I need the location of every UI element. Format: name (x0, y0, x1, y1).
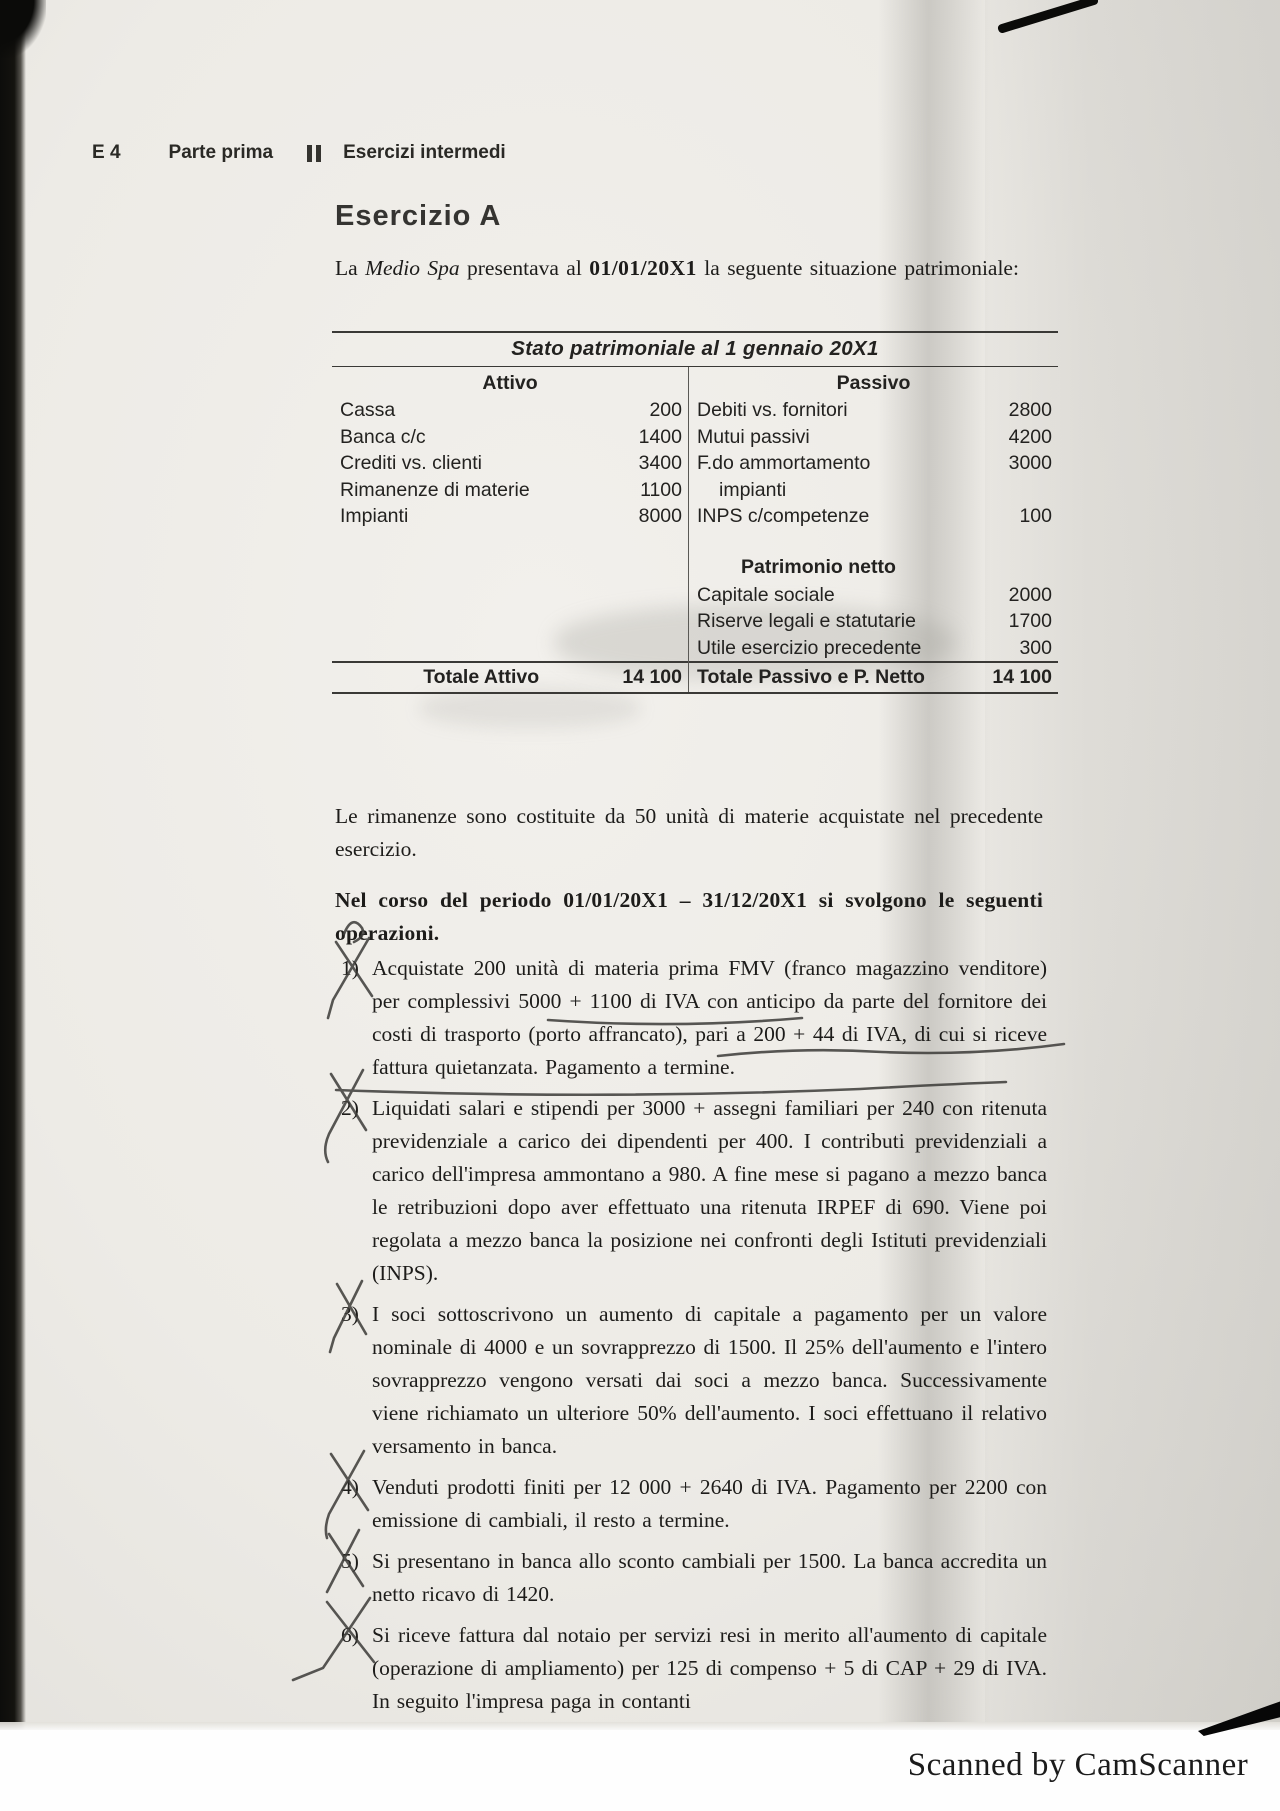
double-bar-icon (307, 145, 321, 162)
table-row: Capitale sociale2000 (689, 582, 1058, 609)
inventory-note: Le rimanenze sono costituite da 50 unità… (335, 800, 1043, 866)
table-row: impianti (689, 477, 1058, 504)
total-liabilities-row: Totale Passivo e P. Netto14 100 (689, 661, 1058, 692)
list-item: 1)Acquistate 200 unità di materia prima … (335, 952, 1047, 1084)
table-row: Rimanenze di materie1100 (332, 477, 688, 504)
camscanner-watermark: Scanned by CamScanner (868, 1747, 1280, 1784)
exercise-title: Esercizio A (335, 200, 501, 233)
item-number: 1) (341, 952, 359, 985)
list-item: 3)I soci sottoscrivono un aumento di cap… (335, 1298, 1047, 1463)
running-head: E 4 Parte prima Esercizi intermedi (92, 142, 506, 164)
table-row: INPS c/competenze100 (689, 503, 1058, 530)
equity-header: Patrimonio netto (689, 548, 1058, 582)
section-title: Esercizi intermedi (343, 142, 506, 164)
opening-date: 01/01/20X1 (589, 256, 697, 280)
operations-heading: Nel corso del periodo 01/01/20X1 – 31/12… (335, 884, 1043, 950)
part-title: Parte prima (169, 142, 274, 164)
table-row: F.do ammortamento3000 (689, 450, 1058, 477)
balance-sheet-title: Stato patrimoniale al 1 gennaio 20X1 (332, 333, 1058, 366)
item-number: 4) (341, 1471, 359, 1504)
total-liabilities-value: 14 100 (992, 663, 1052, 692)
list-item: 4)Venduti prodotti finiti per 12 000 + 2… (335, 1471, 1047, 1537)
company-name: Medio Spa (365, 256, 460, 280)
intro-paragraph: La Medio Spa presentava al 01/01/20X1 la… (335, 252, 1043, 284)
table-row: Crediti vs. clienti3400 (332, 450, 688, 477)
list-item: 5)Si presentano in banca allo sconto cam… (335, 1545, 1047, 1611)
operations-list: 1)Acquistate 200 unità di materia prima … (335, 952, 1047, 1726)
intro-mid: presentava al (460, 256, 590, 280)
assets-header: Attivo (332, 367, 688, 397)
scan-smudge (420, 688, 640, 728)
intro-post: la seguente situazione patrimoniale: (697, 256, 1019, 280)
table-row: Cassa200 (332, 397, 688, 424)
item-number: 2) (341, 1092, 359, 1125)
item-text: Acquistate 200 unità di materia prima FM… (372, 956, 1047, 1079)
item-text: I soci sottoscrivono un aumento di capit… (372, 1302, 1047, 1458)
table-row: Riserve legali e statutarie1700 (689, 608, 1058, 635)
item-number: 3) (341, 1298, 359, 1331)
table-row: Debiti vs. fornitori2800 (689, 397, 1058, 424)
liabilities-header: Passivo (689, 367, 1058, 397)
table-row: Impianti8000 (332, 503, 688, 530)
item-number: 6) (341, 1619, 359, 1652)
item-text: Liquidati salari e stipendi per 3000 + a… (372, 1096, 1047, 1285)
total-assets-row: Totale Attivo14 100 (332, 661, 688, 692)
scan-corner-top-left (0, 0, 46, 58)
list-item: 2)Liquidati salari e stipendi per 3000 +… (335, 1092, 1047, 1290)
table-row: Utile esercizio precedente300 (689, 635, 1058, 662)
scan-edge-left (0, 0, 26, 1730)
list-item: 6)Si riceve fattura dal notaio per servi… (335, 1619, 1047, 1718)
intro-pre: La (335, 256, 365, 280)
item-text: Si presentano in banca allo sconto cambi… (372, 1549, 1047, 1606)
table-row: Mutui passivi4200 (689, 424, 1058, 451)
item-text: Si riceve fattura dal notaio per servizi… (372, 1623, 1047, 1713)
liabilities-column: Passivo Debiti vs. fornitori2800 Mutui p… (688, 367, 1058, 692)
total-assets-value: 14 100 (622, 663, 682, 692)
balance-sheet-table: Stato patrimoniale al 1 gennaio 20X1 Att… (332, 331, 1058, 694)
page-number: E 4 (92, 142, 121, 164)
table-row: Banca c/c1400 (332, 424, 688, 451)
item-text: Venduti prodotti finiti per 12 000 + 264… (372, 1475, 1047, 1532)
assets-column: Attivo Cassa200 Banca c/c1400 Crediti vs… (332, 367, 688, 692)
total-assets-label: Totale Attivo (340, 663, 622, 692)
item-number: 5) (341, 1545, 359, 1578)
total-liabilities-label: Totale Passivo e P. Netto (697, 663, 992, 692)
